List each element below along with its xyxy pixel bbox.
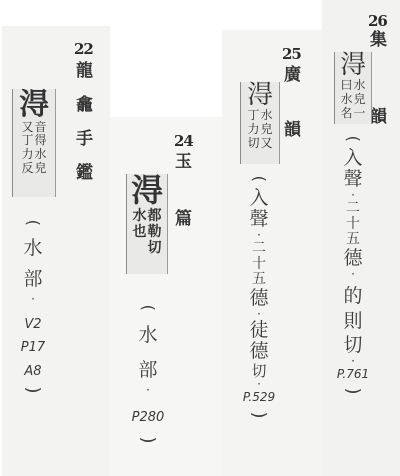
title-char: 篇 bbox=[175, 211, 192, 228]
printed-entry: 淂 水 皃 一 曰 水 名 bbox=[334, 52, 372, 124]
headword: 淂 bbox=[131, 174, 163, 208]
gloss-char: 水 bbox=[35, 148, 47, 162]
annotation-char: 部 bbox=[138, 360, 157, 381]
annotation-char: 則 bbox=[343, 311, 362, 332]
annotation-char: 德 bbox=[249, 341, 268, 362]
annotation-char: 水 bbox=[138, 325, 157, 346]
gloss-char: 勒 bbox=[148, 224, 162, 240]
handwritten-annotation: ( 水 部 · V2 P17 A8 ) bbox=[20, 214, 46, 399]
gloss-char: 又 bbox=[21, 121, 33, 135]
item-ref: A8 bbox=[24, 362, 41, 382]
gloss-block: 音 得 水 皃 又 丁 力 反 bbox=[21, 121, 46, 176]
gloss-char: 名 bbox=[340, 107, 352, 121]
strip-22-longkan-shoujian: 22 龍 龕 手 鑑 淂 音 得 水 皃 又 丁 力 反 ( 水 部 · V2 bbox=[2, 26, 110, 476]
close-paren: ) bbox=[139, 437, 157, 444]
annotation-char: 五 bbox=[252, 272, 266, 288]
annotation-char: 五 bbox=[346, 232, 360, 248]
annotation-char: 水 bbox=[23, 238, 42, 259]
title-char: 集 bbox=[370, 32, 387, 49]
annotation-char: 德 bbox=[249, 288, 268, 309]
printed-entry: 淂 水 皃 又 丁 力 切 bbox=[240, 82, 280, 164]
close-paren: ) bbox=[250, 411, 268, 418]
annotation-char: 入 bbox=[249, 188, 268, 209]
gloss-char: 又 bbox=[261, 137, 273, 151]
annotation-dot: · bbox=[31, 294, 35, 305]
annotation-char: 切 bbox=[343, 335, 362, 356]
close-paren: ) bbox=[344, 388, 362, 395]
headword: 淂 bbox=[340, 52, 366, 79]
title-char: 鑑 bbox=[76, 165, 93, 182]
title-char: 韻 bbox=[284, 122, 301, 139]
title-char: 韻 bbox=[370, 109, 387, 126]
annotation-char: 十 bbox=[346, 217, 360, 233]
annotation-dot: · bbox=[257, 379, 261, 390]
gloss-column: 都 勒 切 bbox=[148, 208, 162, 256]
annotation-char: 部 bbox=[23, 269, 42, 290]
title-char: 手 bbox=[76, 131, 93, 148]
annotation-char: 聲 bbox=[249, 209, 268, 230]
source-title: 玉 篇 bbox=[175, 154, 192, 228]
annotation-char: 入 bbox=[343, 148, 362, 169]
strip-25-guangyun: 25 廣 韻 淂 水 皃 又 丁 力 切 ( 入 聲 · 二 十 五 德 · 徒… bbox=[222, 30, 322, 476]
gloss-column: 音 得 水 皃 bbox=[35, 121, 47, 176]
title-char: 廣 bbox=[284, 67, 301, 84]
gloss-block: 水 皃 又 丁 力 切 bbox=[247, 109, 272, 150]
gloss-char: 皃 bbox=[354, 93, 366, 107]
gloss-char: 切 bbox=[247, 137, 259, 151]
annotation-dot: · bbox=[146, 385, 150, 396]
gloss-column: 水 皃 一 bbox=[354, 79, 366, 120]
gloss-block: 水 皃 一 曰 水 名 bbox=[340, 79, 365, 120]
gloss-char: 水 bbox=[133, 208, 147, 224]
open-paren: ( bbox=[139, 305, 157, 311]
source-title: 廣 韻 bbox=[284, 67, 301, 139]
gloss-char: 也 bbox=[133, 224, 147, 240]
gloss-char: 都 bbox=[148, 208, 162, 224]
annotation-char: 聲 bbox=[343, 169, 362, 190]
gloss-char: 一 bbox=[354, 107, 366, 121]
open-paren: ( bbox=[344, 136, 362, 142]
title-char: 玉 bbox=[175, 154, 192, 171]
close-paren: ) bbox=[24, 387, 42, 394]
strip-number: 25 bbox=[282, 45, 301, 63]
gloss-char: 皃 bbox=[35, 162, 47, 176]
headword: 淂 bbox=[19, 89, 49, 121]
page-ref: P.761 bbox=[337, 367, 369, 383]
annotation-dot: · bbox=[351, 356, 355, 367]
gloss-column: 丁 力 切 bbox=[247, 109, 259, 150]
volume-ref: V2 bbox=[24, 315, 41, 335]
gloss-char: 力 bbox=[21, 148, 33, 162]
annotation-char: 十 bbox=[252, 257, 266, 273]
annotation-char: 二 bbox=[346, 201, 360, 217]
gloss-char: 水 bbox=[261, 109, 273, 123]
annotation-dot: · bbox=[351, 269, 355, 280]
gloss-char: 音 bbox=[35, 121, 47, 135]
page-ref: P280 bbox=[132, 408, 165, 428]
gloss-char: 皃 bbox=[261, 123, 273, 137]
source-title: 集 韻 bbox=[370, 32, 387, 126]
source-title: 龍 龕 手 鑑 bbox=[76, 63, 93, 182]
annotation-char: 德 bbox=[343, 248, 362, 269]
page-ref: P.529 bbox=[243, 390, 275, 406]
headword: 淂 bbox=[247, 82, 273, 109]
strip-number: 26 bbox=[368, 12, 387, 30]
gloss-char: 水 bbox=[354, 79, 366, 93]
gloss-column: 又 丁 力 反 bbox=[21, 121, 33, 176]
open-paren: ( bbox=[24, 220, 42, 226]
gloss-column: 水 皃 又 bbox=[261, 109, 273, 150]
printed-entry: 淂 都 勒 切 水 也 bbox=[126, 174, 168, 274]
annotation-char: 徒 bbox=[249, 320, 268, 341]
annotation-char: 的 bbox=[343, 286, 362, 307]
gloss-char: 力 bbox=[247, 123, 259, 137]
strip-number: 22 bbox=[74, 40, 93, 58]
gloss-block: 都 勒 切 水 也 bbox=[133, 208, 162, 256]
open-paren: ( bbox=[250, 176, 268, 182]
title-char: 龍 bbox=[76, 63, 93, 80]
gloss-char: 水 bbox=[340, 93, 352, 107]
printed-entry: 淂 音 得 水 皃 又 丁 力 反 bbox=[12, 89, 56, 197]
handwritten-annotation: ( 水 部 · P280 ) bbox=[132, 299, 164, 449]
strip-24-yupian: 24 玉 篇 淂 都 勒 切 水 也 ( 水 部 · P280 ) bbox=[110, 117, 222, 476]
strip-number: 24 bbox=[174, 132, 193, 150]
handwritten-annotation: ( 入 聲 · 二 十 五 德 · 的 則 切 · P.761 ) bbox=[336, 130, 370, 400]
title-char: 龕 bbox=[76, 97, 93, 114]
annotation-char: 二 bbox=[252, 241, 266, 257]
page-ref: P17 bbox=[21, 338, 45, 358]
gloss-column: 曰 水 名 bbox=[340, 79, 352, 120]
handwritten-annotation: ( 入 聲 · 二 十 五 德 · 徒 德 切 · P.529 ) bbox=[244, 170, 274, 424]
gloss-char: 反 bbox=[21, 162, 33, 176]
strip-26-jiyun: 26 集 韻 淂 水 皃 一 曰 水 名 ( 入 聲 · 二 十 五 德 · 的… bbox=[322, 0, 400, 476]
gloss-column: 水 也 bbox=[133, 208, 147, 256]
gloss-char: 切 bbox=[148, 240, 162, 256]
